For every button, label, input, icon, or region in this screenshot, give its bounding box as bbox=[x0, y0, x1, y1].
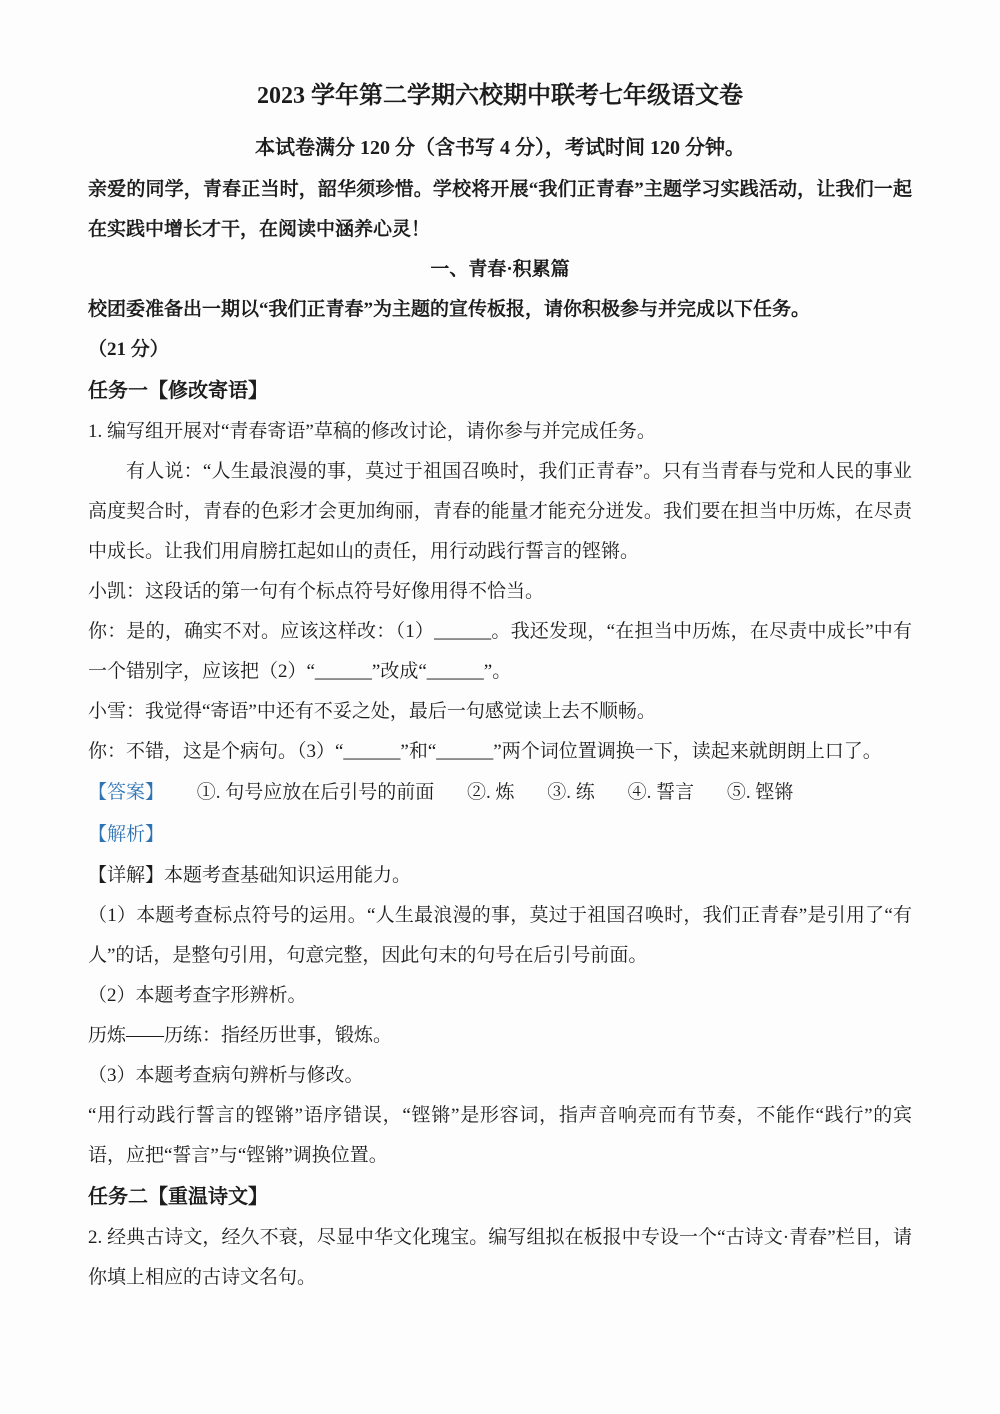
greeting-paragraph: 亲爱的同学，青春正当时，韶华须珍惜。学校将开展“我们正青春”主题学习实践活动，让… bbox=[88, 170, 912, 250]
answer-item-3: ③. 练 bbox=[547, 782, 595, 803]
dialogue-line-you-2: 你：不错，这是个病句。（3）“______”和“______”两个词位置调换一下… bbox=[88, 732, 912, 772]
exam-subtitle: 本试卷满分 120 分（含书写 4 分），考试时间 120 分钟。 bbox=[88, 128, 912, 168]
exam-title: 2023 学年第二学期六校期中联考七年级语文卷 bbox=[88, 72, 912, 120]
section-one-points: （21 分） bbox=[88, 330, 912, 370]
question-1: 1. 编写组开展对“青春寄语”草稿的修改讨论，请你参与并完成任务。 bbox=[88, 412, 912, 452]
answer-item-5: ⑤. 铿锵 bbox=[727, 782, 794, 803]
question-2: 2. 经典古诗文，经久不衰，尽显中华文化瑰宝。编写组拟在板报中专设一个“古诗文·… bbox=[88, 1218, 912, 1298]
analysis-point-2-gloss: 历炼——历练：指经历世事，锻炼。 bbox=[88, 1016, 912, 1056]
task-one-heading: 任务一【修改寄语】 bbox=[88, 370, 912, 412]
answer-row: 【答案】 ①. 句号应放在后引号的前面 ②. 炼 ③. 练 ④. 誓言 ⑤. 铿… bbox=[88, 772, 912, 814]
analysis-point-1: （1）本题考查标点符号的运用。“人生最浪漫的事，莫过于祖国召唤时，我们正青春”是… bbox=[88, 896, 912, 976]
answer-item-4: ④. 誓言 bbox=[628, 782, 695, 803]
dialogue-line-xiaoxue: 小雪：我觉得“寄语”中还有不妥之处，最后一句感觉读上去不顺畅。 bbox=[88, 692, 912, 732]
dialogue-line-xiaokai: 小凯：这段话的第一句有个标点符号好像用得不恰当。 bbox=[88, 572, 912, 612]
section-one-heading: 一、青春·积累篇 bbox=[88, 250, 912, 290]
analysis-point-2: （2）本题考查字形辨析。 bbox=[88, 976, 912, 1016]
exam-paper-page: 2023 学年第二学期六校期中联考七年级语文卷 本试卷满分 120 分（含书写 … bbox=[0, 0, 1000, 1414]
answer-label: 【答案】 bbox=[88, 782, 164, 803]
passage-quote: 有人说：“人生最浪漫的事，莫过于祖国召唤时，我们正青春”。只有当青春与党和人民的… bbox=[88, 452, 912, 572]
dialogue-line-you-1: 你：是的，确实不对。应该这样改：（1）______。我还发现，“在担当中历炼，在… bbox=[88, 612, 912, 692]
task-two-heading: 任务二【重温诗文】 bbox=[88, 1176, 912, 1218]
answer-item-1: ①. 句号应放在后引号的前面 bbox=[197, 782, 435, 803]
answer-item-2: ②. 炼 bbox=[467, 782, 515, 803]
section-one-intro: 校团委准备出一期以“我们正青春”为主题的宣传板报，请你积极参与并完成以下任务。 bbox=[88, 290, 912, 330]
analysis-point-3: （3）本题考查病句辨析与修改。 bbox=[88, 1056, 912, 1096]
analysis-point-3-detail: “用行动践行誓言的铿锵”语序错误，“铿锵”是形容词，指声音响亮而有节奏，不能作“… bbox=[88, 1096, 912, 1176]
analysis-label: 【解析】 bbox=[88, 814, 912, 856]
analysis-detail-intro: 【详解】本题考查基础知识运用能力。 bbox=[88, 856, 912, 896]
